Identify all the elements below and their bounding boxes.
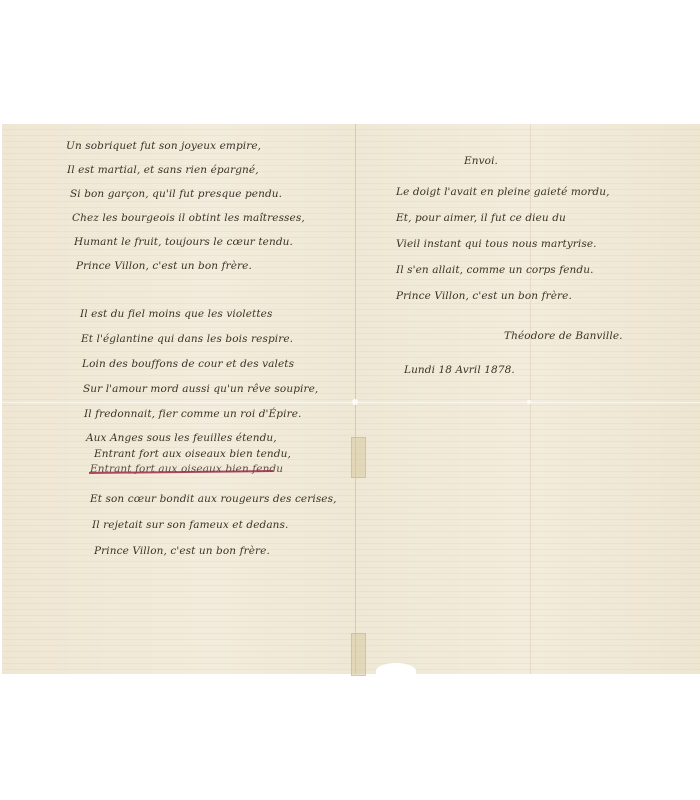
horizontal-fold xyxy=(2,402,700,403)
envoi-line: Vieil instant qui tous nous martyrise. xyxy=(396,238,597,250)
poem-line: Chez les bourgeois il obtint les maîtres… xyxy=(72,212,305,224)
poem-line: Sur l'amour mord aussi qu'un rêve soupir… xyxy=(83,383,318,395)
poem-line: Il est du fiel moins que les violettes xyxy=(80,308,272,320)
envoi-refrain: Prince Villon, c'est un bon frère. xyxy=(396,290,572,302)
manuscript-sheet: Un sobriquet fut son joyeux empire, Il e… xyxy=(2,124,700,674)
poem-line: Il est martial, et sans rien épargné, xyxy=(67,164,259,176)
tape-strip-top xyxy=(351,437,366,478)
poem-line: Loin des bouffons de cour et des valets xyxy=(82,358,294,370)
poem-line: Et l'églantine qui dans les bois respire… xyxy=(81,333,293,345)
fold-wear-mark xyxy=(527,400,531,404)
envoi-line: Le doigt l'avait en pleine gaieté mordu, xyxy=(396,186,610,198)
fold-wear-mark xyxy=(352,399,358,405)
poem-line: Et son cœur bondit aux rougeurs des ceri… xyxy=(90,493,337,505)
poem-refrain: Prince Villon, c'est un bon frère. xyxy=(76,260,252,272)
envoi-heading: Envoi. xyxy=(464,155,498,167)
tape-strip-bottom xyxy=(351,633,366,676)
poem-line: Un sobriquet fut son joyeux empire, xyxy=(66,140,261,152)
envoi-line: Et, pour aimer, il fut ce dieu du xyxy=(396,212,566,224)
poem-line: Il fredonnait, fier comme un roi d'Épire… xyxy=(84,408,301,420)
date-line: Lundi 18 Avril 1878. xyxy=(404,364,515,376)
poem-line: Humant le fruit, toujours le cœur tendu. xyxy=(74,236,293,248)
poem-line: Aux Anges sous les feuilles étendu, xyxy=(86,432,277,444)
poem-line: Il rejetait sur son fameux et dedans. xyxy=(92,519,288,531)
author-signature: Théodore de Banville. xyxy=(504,330,623,342)
torn-edge-notch xyxy=(376,663,416,679)
poem-line-insertion: Entrant fort aux oiseaux bien tendu, xyxy=(94,448,291,460)
poem-line: Si bon garçon, qu'il fut presque pendu. xyxy=(70,188,282,200)
envoi-line: Il s'en allait, comme un corps fendu. xyxy=(396,264,594,276)
poem-refrain: Prince Villon, c'est un bon frère. xyxy=(94,545,270,557)
right-fold xyxy=(530,124,531,674)
